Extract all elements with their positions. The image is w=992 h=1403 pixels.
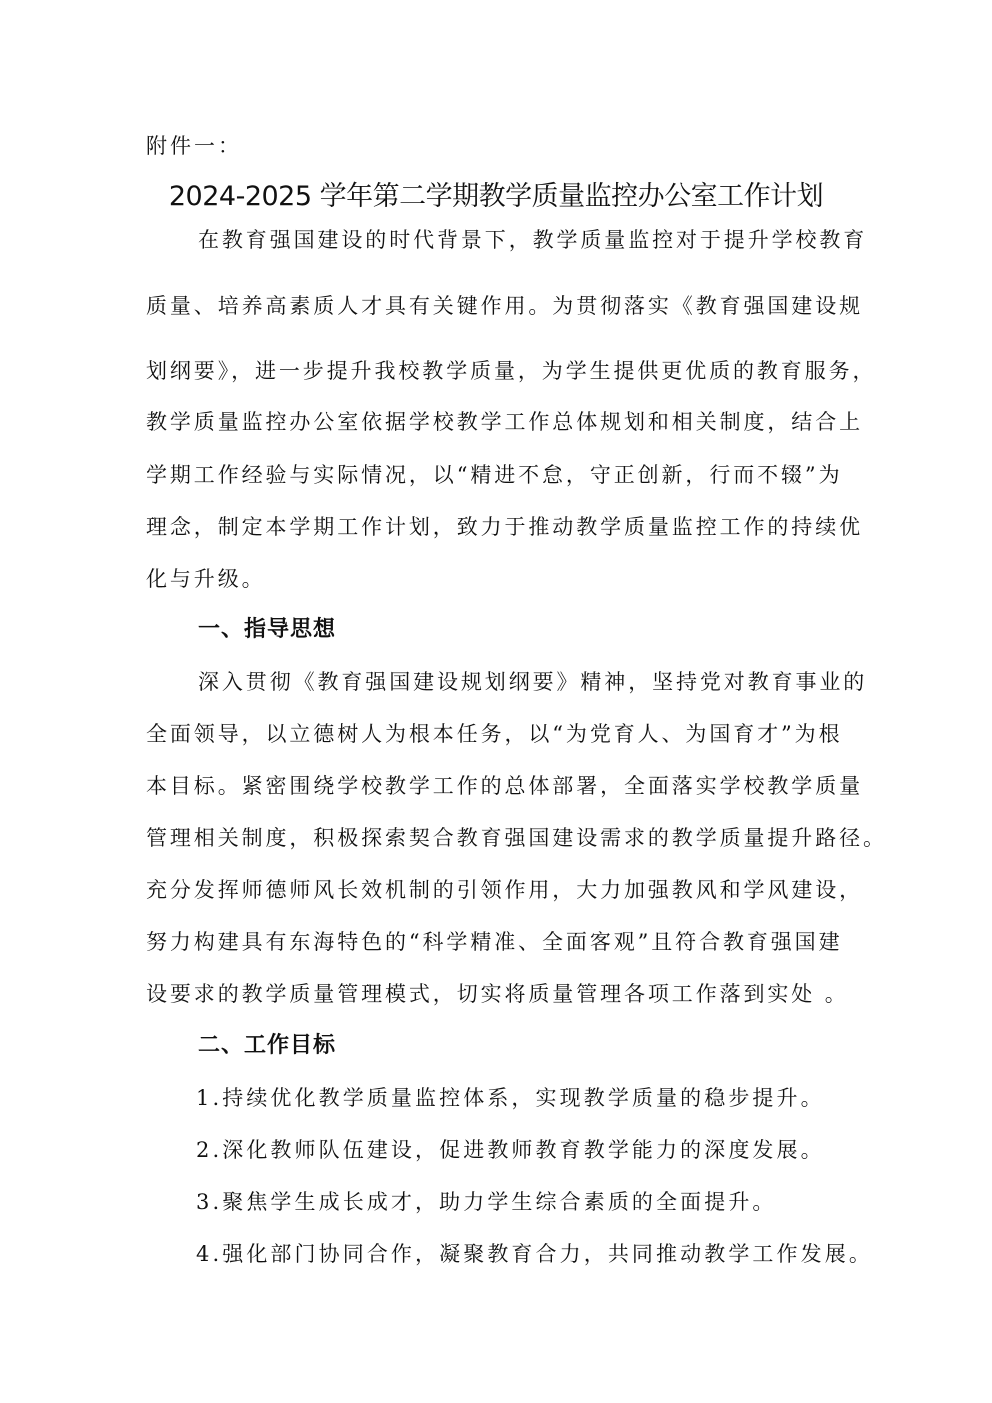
intro-line: 划纲要》，进一步提升我校教学质量，为学生提供更优质的教育服务， (146, 355, 876, 387)
goal-item: 4.强化部门协同合作，凝聚教育合力，共同推动教学工作发展。 (196, 1238, 873, 1270)
attachment-label: 附件一： (146, 130, 242, 162)
intro-line: 教学质量监控办公室依据学校教学工作总体规划和相关制度，结合上 (146, 406, 863, 438)
intro-line: 质量、培养高素质人才具有关键作用。为贯彻落实《教育强国建设规 (146, 290, 863, 322)
paragraph-line: 全面领导，以立德树人为根本任务，以“为党育人、为国育才”为根 (146, 718, 842, 750)
section-heading-work-goals: 二、工作目标 (198, 1030, 336, 1062)
goal-item: 1.持续优化教学质量监控体系，实现教学质量的稳步提升。 (196, 1082, 825, 1114)
section-heading-guiding-ideology: 一、指导思想 (198, 614, 336, 646)
paragraph-line: 努力构建具有东海特色的“科学精准、全面客观”且符合教育强国建 (146, 926, 842, 958)
intro-line: 理念，制定本学期工作计划，致力于推动教学质量监控工作的持续优 (146, 511, 863, 543)
intro-line: 学期工作经验与实际情况，以“精进不怠，守正创新，行而不辍”为 (146, 459, 842, 491)
paragraph-line: 本目标。紧密围绕学校教学工作的总体部署，全面落实学校教学质量 (146, 770, 863, 802)
intro-line: 在教育强国建设的时代背景下，教学质量监控对于提升学校教育 (198, 224, 867, 256)
document-title: 2024-2025 学年第二学期教学质量监控办公室工作计划 (0, 177, 992, 217)
paragraph-line: 管理相关制度，积极探索契合教育强国建设需求的教学质量提升路径。 (146, 822, 887, 854)
paragraph-line: 充分发挥师德师风长效机制的引领作用，大力加强教风和学风建设， (146, 874, 863, 906)
intro-line: 化与升级。 (146, 563, 266, 595)
paragraph-line: 设要求的教学质量管理模式，切实将质量管理各项工作落到实处 。 (146, 978, 849, 1010)
paragraph-line: 深入贯彻《教育强国建设规划纲要》精神，坚持党对教育事业的 (198, 666, 867, 698)
document-page: 附件一： 2024-2025 学年第二学期教学质量监控办公室工作计划 在教育强国… (0, 0, 992, 1403)
goal-item: 3.聚焦学生成长成才，助力学生综合素质的全面提升。 (196, 1186, 777, 1218)
goal-item: 2.深化教师队伍建设，促进教师教育教学能力的深度发展。 (196, 1134, 825, 1166)
